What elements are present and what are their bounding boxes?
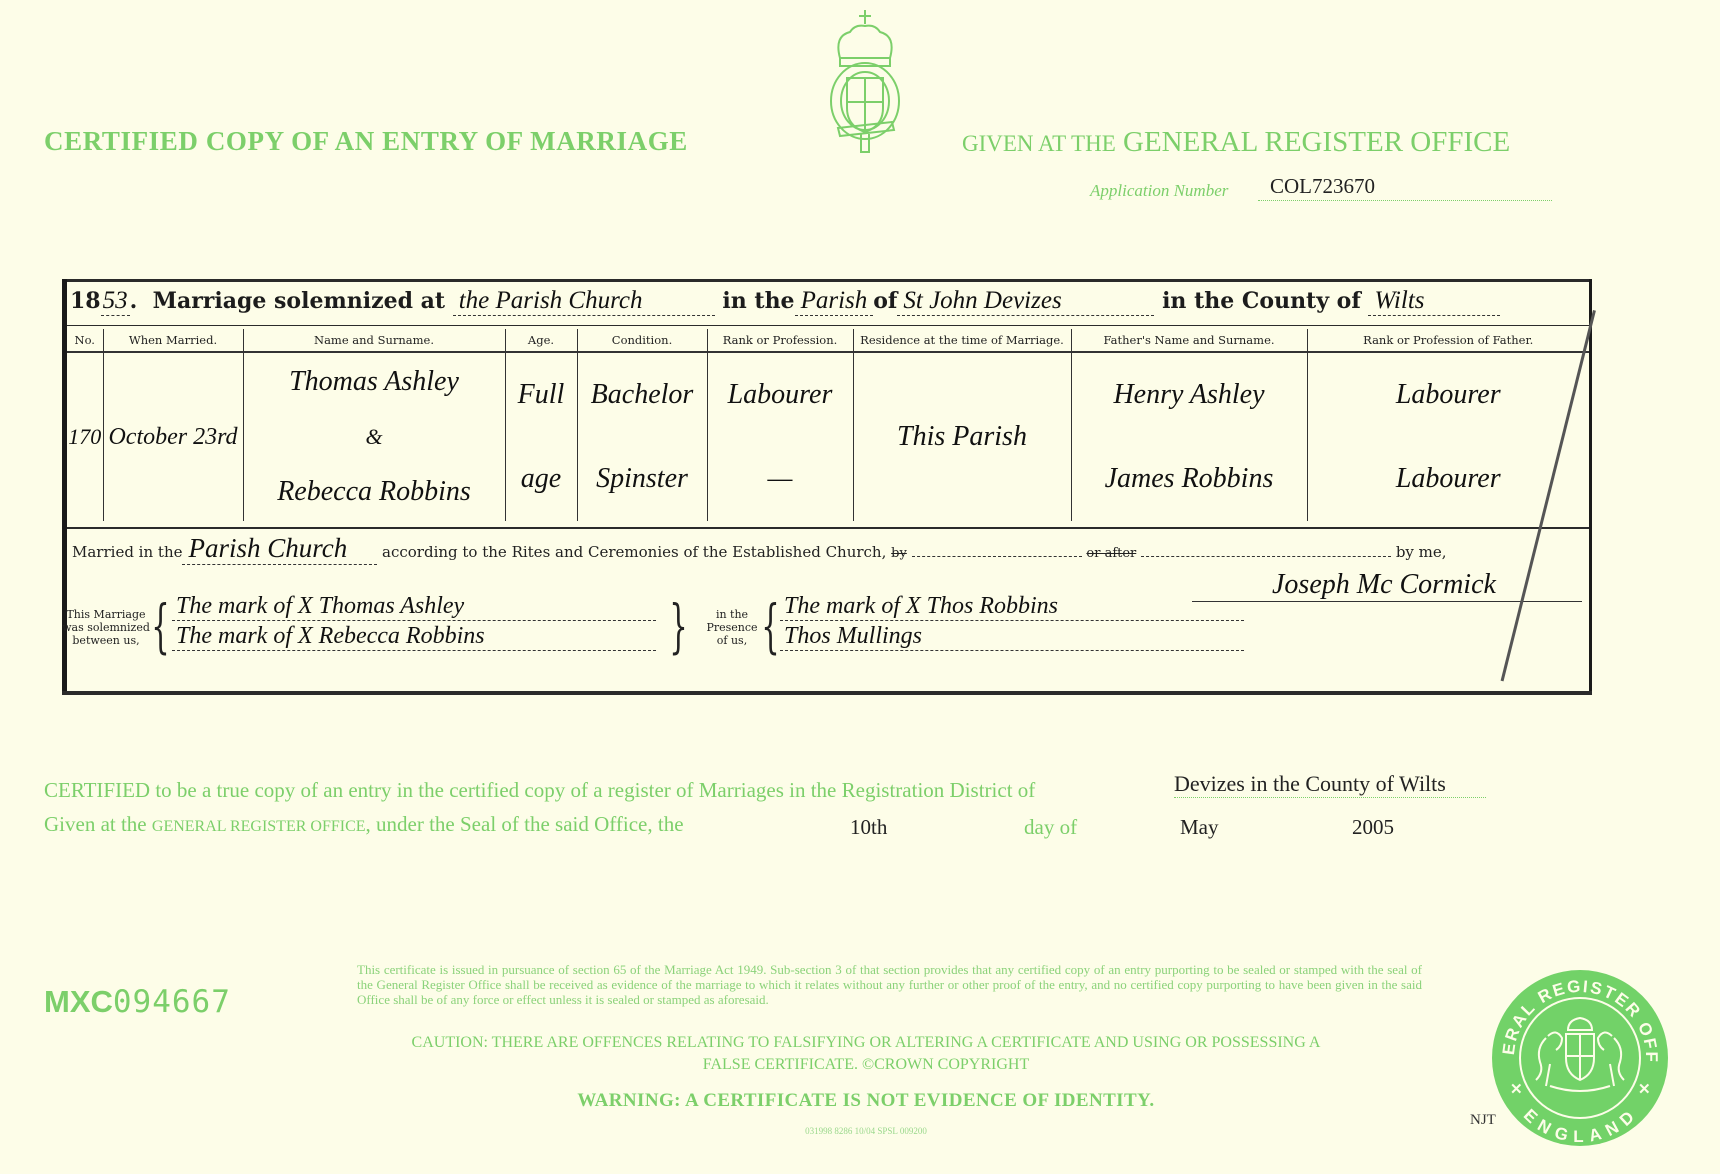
presence-label: in the Presence of us,	[702, 608, 762, 647]
bride-profession: —	[708, 463, 853, 495]
married-in-label: Married in the	[72, 543, 182, 561]
age-line-1: Full	[506, 379, 577, 411]
general-register-office-seal-icon: GENERAL REGISTER OFFICE ENGLAND ✕ ✕	[1490, 968, 1670, 1148]
register-table: No. When Married. Name and Surname. Age.…	[67, 329, 1589, 521]
application-number-field: Application Number COL723670	[1090, 174, 1552, 204]
entry-names: Thomas Ashley & Rebecca Robbins	[243, 352, 505, 521]
place-handwritten: the Parish Church	[453, 287, 715, 316]
col-header-residence: Residence at the time of Marriage.	[853, 329, 1071, 352]
issue-day: 10th	[850, 815, 887, 840]
col-header-when-married: When Married.	[103, 329, 243, 352]
entry-profession: Labourer —	[707, 352, 853, 521]
groom-profession: Labourer	[708, 379, 853, 411]
register-entry: 1853. Marriage solemnized at the Parish …	[62, 275, 1592, 697]
left-brace: {	[151, 597, 169, 655]
office-name: GENERAL REGISTER OFFICE	[1123, 126, 1510, 158]
right-brace: }	[669, 597, 687, 655]
royal-crest-icon	[820, 6, 910, 156]
entry-condition: Bachelor Spinster	[577, 352, 707, 521]
identity-warning: WARNING: A CERTIFICATE IS NOT EVIDENCE O…	[310, 1090, 1422, 1112]
parish-name-handwritten: St John Devizes	[897, 287, 1154, 316]
table-bottom-rule	[67, 527, 1589, 529]
married-in-handwritten: Parish Church	[182, 533, 377, 565]
heading-solemnized-at: Marriage solemnized at	[153, 288, 445, 314]
party-2-signature: The mark of X Rebecca Robbins	[172, 623, 656, 651]
registration-district: Devizes in the County of Wilts	[1174, 771, 1486, 798]
groom-father-profession: Labourer	[1308, 379, 1590, 411]
register-border-bottom	[62, 691, 1592, 695]
certificate-serial-number: MXC094667	[44, 984, 231, 1020]
witness-brace: {	[761, 597, 779, 655]
col-header-rank: Rank or Profession.	[707, 329, 853, 352]
given-at-statement: Given at the General Register Office, un…	[44, 812, 684, 837]
bride-father-profession: Labourer	[1308, 463, 1590, 495]
serial-prefix: MXC	[44, 984, 113, 1019]
col-header-condition: Condition.	[577, 329, 707, 352]
rites-text: according to the Rites and Ceremonies of…	[382, 543, 886, 561]
parish-type-handwritten: Parish	[795, 287, 874, 316]
entry-age: Full age	[505, 352, 577, 521]
groom-father: Henry Ashley	[1072, 379, 1307, 411]
col-header-name: Name and Surname.	[243, 329, 505, 352]
ampersand: &	[244, 424, 505, 450]
serial-digits: 094667	[113, 984, 231, 1020]
entry-number: 170	[67, 352, 103, 521]
heading-rule	[67, 325, 1589, 326]
register-heading: 1853. Marriage solemnized at the Parish …	[70, 287, 1582, 323]
bride-condition: Spinster	[578, 463, 707, 495]
issue-month: May	[1180, 815, 1219, 840]
legal-notice: This certificate is issued in pursuance …	[312, 962, 1422, 1007]
register-entry-row: 170 October 23rd Thomas Ashley & Rebecca…	[67, 352, 1589, 521]
application-number-label: Application Number	[1090, 181, 1228, 201]
groom-condition: Bachelor	[578, 379, 707, 411]
entry-date: October 23rd	[103, 352, 243, 521]
struck-by: by	[891, 546, 907, 561]
given-at-the-label: Given at the	[962, 131, 1116, 156]
county-handwritten: Wilts	[1368, 287, 1500, 316]
svg-text:✕: ✕	[1638, 1081, 1651, 1098]
entry-father-names: Henry Ashley James Robbins	[1071, 352, 1307, 521]
year-prefix: 18	[70, 288, 101, 314]
age-line-2: age	[506, 463, 577, 495]
certification-statement: CERTIFIED to be a true copy of an entry …	[44, 778, 1035, 803]
svg-text:✕: ✕	[1510, 1081, 1523, 1098]
register-header-row: No. When Married. Name and Surname. Age.…	[67, 329, 1589, 352]
caution-notice: CAUTION: THERE ARE OFFENCES RELATING TO …	[310, 1032, 1422, 1076]
issue-year: 2005	[1352, 815, 1394, 840]
day-of-label: day of	[1024, 815, 1077, 840]
given-at-text: Given at the	[44, 812, 152, 836]
struck-or-after: or after	[1086, 546, 1136, 561]
application-number-dotted-line	[1258, 200, 1552, 201]
heading-county-of: in the County of	[1162, 288, 1361, 314]
caution-line-2: FALSE CERTIFICATE. ©CROWN COPYRIGHT	[310, 1054, 1422, 1076]
certificate-title: CERTIFIED COPY OF AN ENTRY OF MARRIAGE	[44, 126, 688, 157]
blank-line-1	[912, 556, 1082, 557]
legal-notice-text: This certificate is issued in pursuance …	[312, 962, 1422, 1007]
heading-of: of	[873, 288, 897, 314]
under-seal-text: , under the Seal of the said Office, the	[366, 812, 684, 836]
col-header-father-name: Father's Name and Surname.	[1071, 329, 1307, 352]
blank-line-2	[1141, 556, 1391, 557]
register-border-top	[62, 279, 1592, 282]
party-1-signature: The mark of X Thomas Ashley	[172, 593, 656, 621]
by-me-label: by me,	[1396, 543, 1447, 561]
bride-name: Rebecca Robbins	[244, 476, 505, 508]
year-suffix-handwritten: 53	[101, 287, 130, 316]
office-smallcaps: General Register Office	[152, 818, 366, 835]
witness-1-signature: The mark of X Thos Robbins	[780, 593, 1244, 621]
groom-name: Thomas Ashley	[244, 366, 505, 398]
register-border-right	[1589, 279, 1592, 694]
issuing-office-title: Given at the GENERAL REGISTER OFFICE	[962, 126, 1510, 159]
col-header-number: No.	[67, 329, 103, 352]
caution-line-1: CAUTION: THERE ARE OFFENCES RELATING TO …	[310, 1032, 1422, 1054]
col-header-age: Age.	[505, 329, 577, 352]
bride-father: James Robbins	[1072, 463, 1307, 495]
entry-residence: This Parish	[853, 352, 1071, 521]
witness-2-signature: Thos Mullings	[780, 623, 1244, 651]
married-in-line: Married in theParish Church according to…	[72, 533, 1584, 569]
application-number-value: COL723670	[1270, 174, 1375, 199]
solemnized-between-label: This Marriage was solemnized between us,	[62, 608, 150, 647]
heading-in-the: in the	[722, 288, 794, 314]
print-code: 031998 8286 10/04 SPSL 009200	[310, 1126, 1422, 1136]
col-header-father-rank: Rank or Profession of Father.	[1307, 329, 1589, 352]
